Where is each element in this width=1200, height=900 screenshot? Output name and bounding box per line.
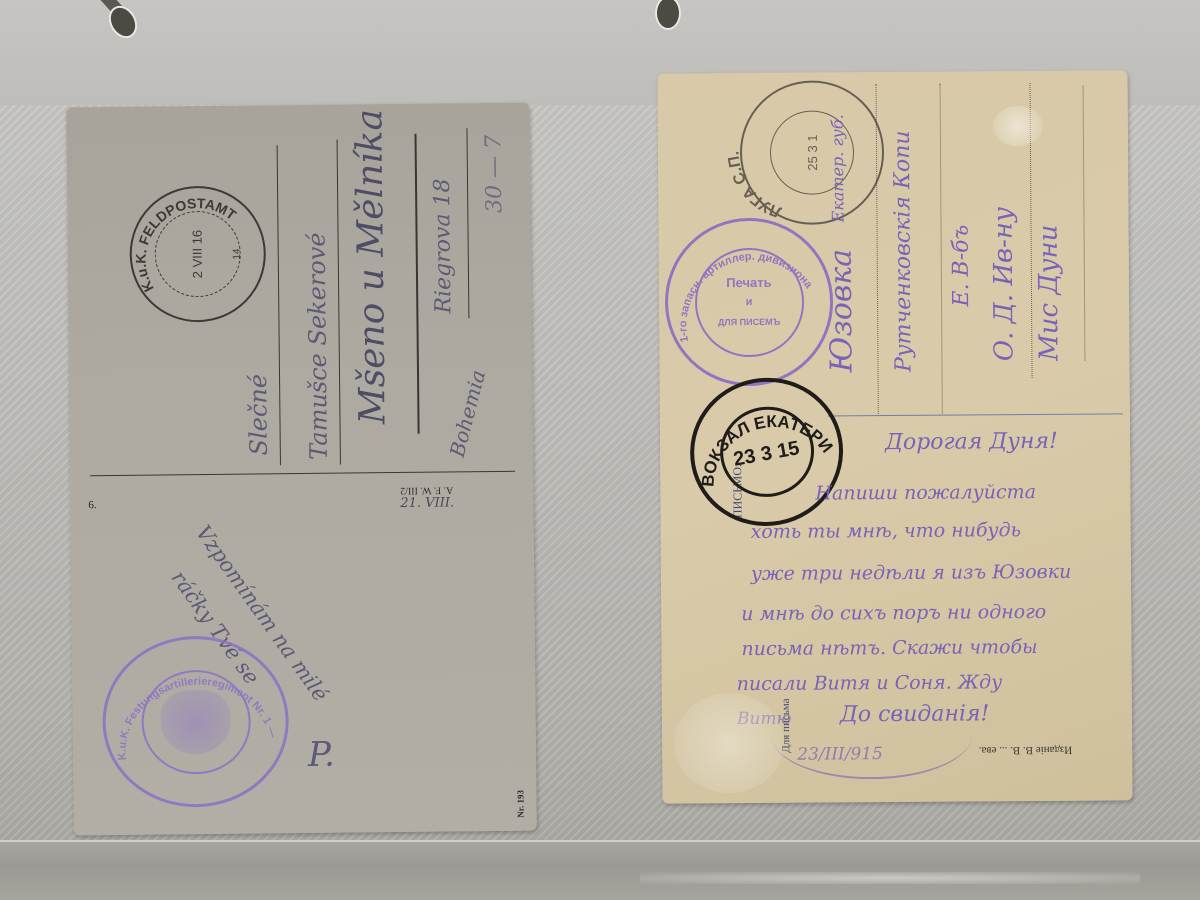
censor-stamp: K.u.K. Festungsartillerieregiment Nr. 1 …	[102, 635, 290, 808]
address-rule	[277, 145, 281, 465]
seal-center-2: и	[746, 296, 753, 308]
address-rule	[414, 134, 419, 434]
address-rule	[466, 128, 469, 318]
postmark-date: 23 3 15	[732, 437, 802, 471]
address-line-4: Е. В-бъ	[949, 225, 975, 307]
light-glare	[640, 872, 1140, 884]
svg-text:ЛУГА С.П.: ЛУГА С.П.	[726, 150, 784, 220]
svg-text:K.u.K. Festungsartillerieregim: K.u.K. Festungsartillerieregiment Nr. 1 …	[101, 629, 279, 760]
postmark-ring-text: K.u.K. FELDPOSTAMT	[132, 195, 241, 295]
postmark-date: 25 3 1	[805, 134, 820, 170]
message-line: и мнѣ до сихъ поръ ни одного	[741, 601, 1046, 625]
address-line-6: Мис Дуни	[1034, 225, 1065, 362]
address-line-5: О. Д. Ив-ну	[988, 207, 1019, 362]
address-rule	[1083, 86, 1086, 361]
address-line-4: Riegrova 18	[430, 178, 456, 313]
address-line-3: Mšeno u Mělníka	[349, 109, 393, 425]
seal-center-3: ДЛЯ ПИСЕМЪ	[718, 317, 781, 327]
printed-code: A. F. W. III/2	[400, 484, 453, 496]
message-line: Напиши пожалуйста	[815, 481, 1036, 505]
ekaterin-postmark: ВОКЗАЛ ЕКАТЕРИН.Г. 23 3 15	[678, 365, 855, 538]
divider-line	[828, 413, 1123, 416]
paper-stain	[674, 693, 785, 794]
pencil-note: 30 — 7	[482, 135, 508, 213]
publisher-line: Изданіе В. В. ... ева.	[979, 744, 1072, 757]
feldpostamt-postmark: K.u.K. FELDPOSTAMT 2 VIII 16 14	[129, 185, 266, 322]
seal-center-1: Печать	[726, 275, 771, 290]
printed-number: Nr. 193	[515, 790, 525, 818]
address-rule	[337, 140, 341, 465]
address-rule	[940, 84, 943, 414]
address-line-1: Юзовка	[824, 249, 860, 373]
message-salutation: Дорогая Дуня!	[885, 429, 1058, 455]
address-region: Bohemia	[445, 368, 490, 460]
message-line: письма нѣтъ. Скажи чтобы	[741, 636, 1037, 660]
luga-postmark: ЛУГА С.П. 25 3 1	[740, 80, 885, 225]
album-sleeve-fold	[0, 840, 1200, 900]
address-line-2: Екатер. губ.	[828, 114, 848, 222]
address-line-3: Рутченковскія Копи	[890, 130, 917, 372]
corner-number: 6.	[88, 499, 96, 511]
signature: P.	[308, 735, 335, 775]
postmark-ring-text: ЛУГА С.П.	[726, 150, 784, 220]
left-postcard: K.u.K. FELDPOSTAMT 2 VIII 16 14 Slečné T…	[66, 103, 537, 836]
album-page: K.u.K. FELDPOSTAMT 2 VIII 16 14 Slečné T…	[0, 0, 1200, 900]
faded-oval-stamp	[772, 691, 973, 779]
address-line-2: Tamušce Sekerové	[303, 232, 333, 460]
message-line: уже три недѣли я изъ Юзовки	[751, 561, 1071, 585]
address-line-1: Slečné	[244, 374, 273, 456]
postmark-date: 2 VIII 16	[189, 230, 205, 279]
divider-line	[90, 471, 515, 476]
date-note: 21. VIII.	[400, 495, 454, 511]
censor-ring-text: K.u.K. Festungsartillerieregiment Nr. 1 …	[101, 629, 279, 760]
message-line: хоть ты мнѣ, что нибудь	[751, 519, 1021, 543]
right-postcard: ЛУГА С.П. 25 3 1 1-го запасн. артиллер. …	[657, 70, 1132, 803]
postmark-number: 14	[232, 248, 243, 260]
svg-text:K.u.K. FELDPOSTAMT: K.u.K. FELDPOSTAMT	[132, 195, 241, 295]
unit-seal-stamp: 1-го запасн. артиллер. дивизиона Печать …	[664, 217, 833, 386]
paper-stain	[993, 106, 1043, 146]
